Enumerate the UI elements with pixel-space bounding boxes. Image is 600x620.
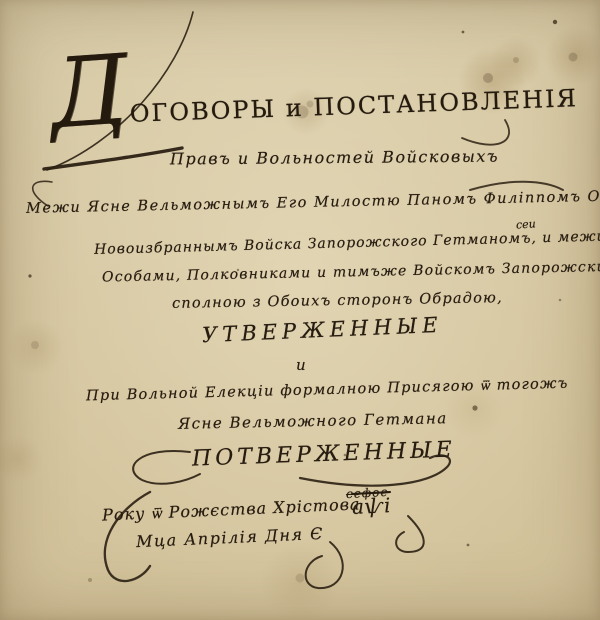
word-potverzhennye: ПОТВЕРЖЕННЫЕ [192, 437, 456, 471]
manuscript-page: Д ОГОВОРЫ и ПОСТАНОВЛЕНІЯ Правъ и Вольно… [0, 0, 600, 620]
body-line-hetman: Новоизбраннымъ Войска Запорожского Гетма… [94, 226, 600, 258]
date-line-month-day: Мца Апрілія Дня Є [136, 524, 325, 551]
title-text: ОГОВОРЫ и ПОСТАНОВЛЕНІЯ [127, 84, 579, 144]
body-line-officers: Особами, Полковниками и тимъже Войскомъ … [102, 258, 600, 285]
initial-base-stroke [44, 148, 182, 169]
body-line-agreement: сполною з Обоихъ сторонъ Обрадою, [172, 290, 503, 312]
orlik-swash [470, 182, 563, 190]
body-line-election: При Вольной Елекціи формалною Присягою ѿ… [86, 376, 569, 406]
date-line-year: Року ѿ Рожєства Хрістова [102, 494, 361, 525]
confirmed-left-loop [133, 451, 200, 484]
body-line-parties: Межи Ясне Вельможнымъ Его Милостю Паномъ… [26, 187, 600, 217]
day-descender-loop [306, 542, 343, 588]
year-numerals: аѱі [351, 493, 392, 519]
word-utverzhennye: УТВЕРЖЕННЫЕ [202, 313, 443, 347]
conjunction-and: и [296, 356, 306, 374]
body-line-hetman2: Ясне Вельможного Гетмана [178, 409, 448, 433]
title-line: Д ОГОВОРЫ и ПОСТАНОВЛЕНІЯ [50, 48, 578, 136]
title-initial-letter: Д [47, 45, 131, 139]
year-tail [396, 516, 424, 552]
subtitle-line: Правъ и Вольностей Войсковыхъ [170, 147, 499, 169]
